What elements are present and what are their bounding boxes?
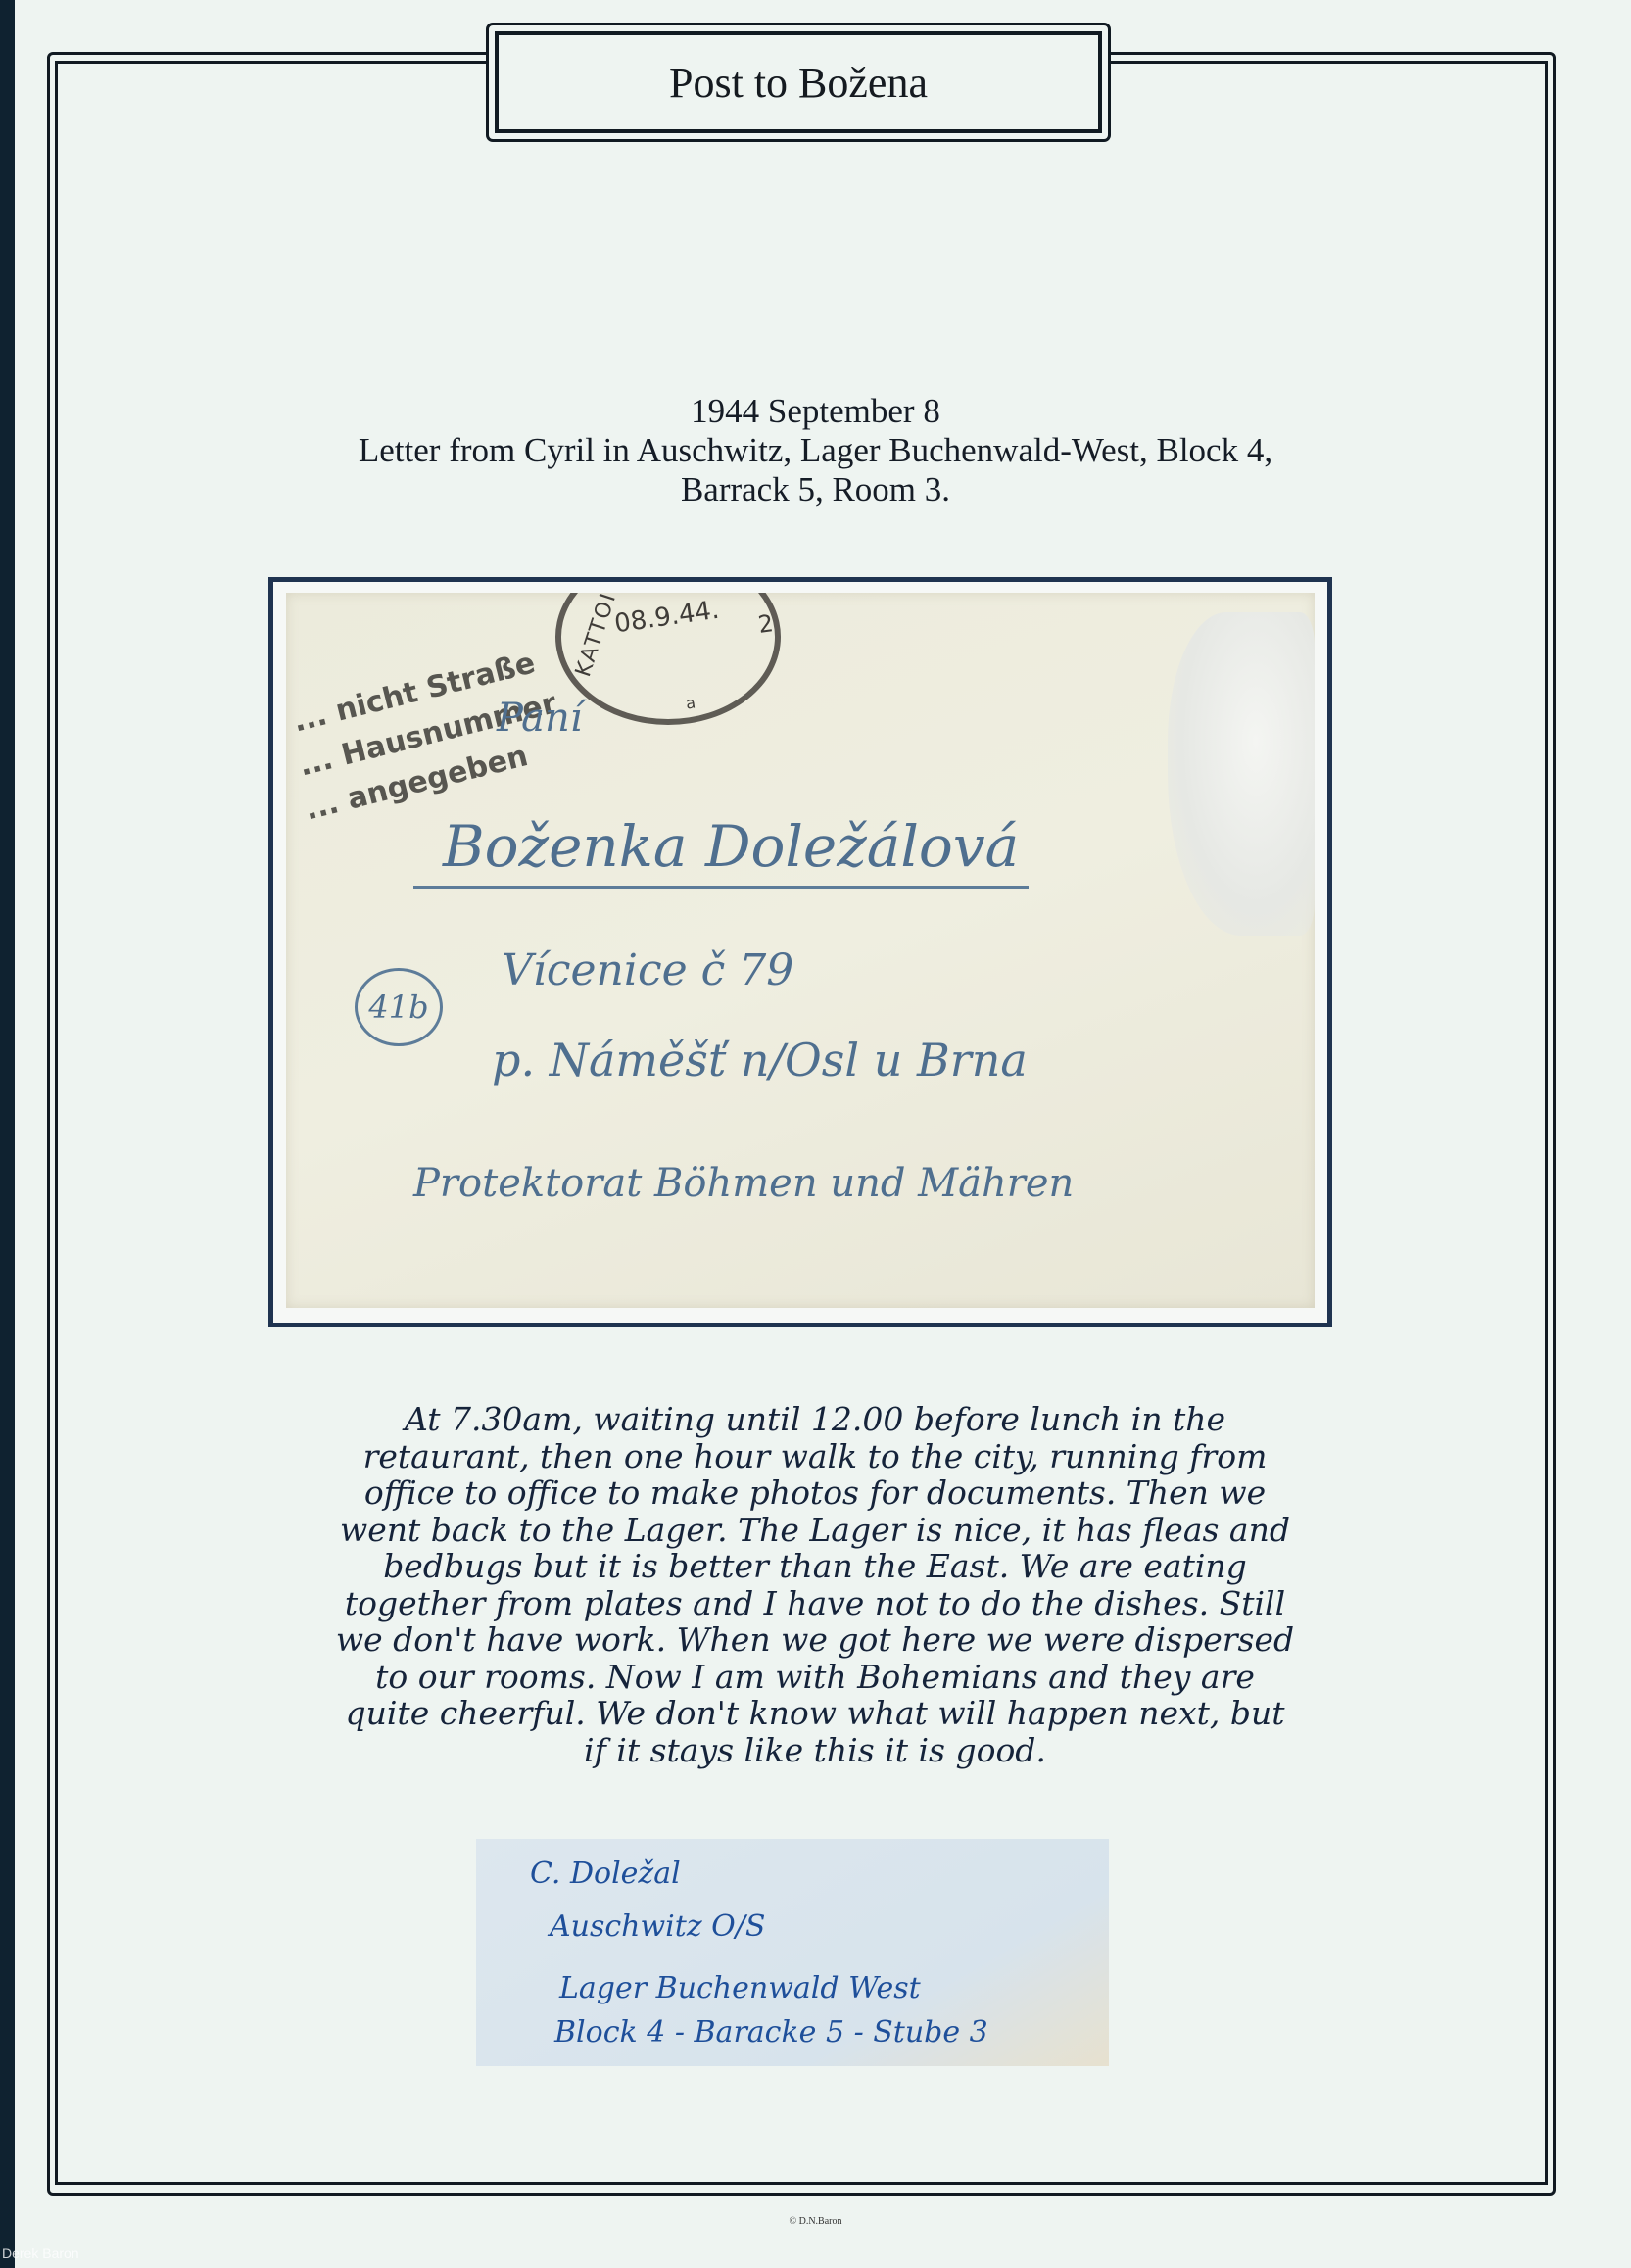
transcript-line: bedbugs but it is better than the East. …	[257, 1548, 1373, 1585]
caption: 1944 September 8 Letter from Cyril in Au…	[235, 392, 1396, 509]
envelope-front-image: ... nicht Straße ... Hausnummer ... ange…	[286, 593, 1315, 1308]
caption-line: Letter from Cyril in Auschwitz, Lager Bu…	[235, 431, 1396, 470]
watermark: Derek Baron	[2, 2245, 79, 2261]
transcript-line: together from plates and I have not to d…	[257, 1585, 1373, 1622]
handwritten-salutation: Paní	[497, 696, 583, 741]
page-title: Post to Božena	[669, 58, 928, 108]
transcript-line: quite cheerful. We don't know what will …	[257, 1695, 1373, 1732]
transcript-line: went back to the Lager. The Lager is nic…	[257, 1512, 1373, 1549]
envelope-back-image: C. Doležal Auschwitz O/S Lager Buchenwal…	[476, 1839, 1109, 2066]
caption-line: Barrack 5, Room 3.	[235, 470, 1396, 509]
title-box-inner: Post to Božena	[495, 31, 1102, 133]
transcript-line: office to office to make photos for docu…	[257, 1474, 1373, 1512]
caption-date: 1944 September 8	[235, 392, 1396, 431]
circled-mark: 41b	[355, 968, 443, 1046]
transcript-line: we don't have work. When we got here we …	[257, 1621, 1373, 1659]
handwritten-town: p. Náměšť n/Osl u Brna	[492, 1034, 1028, 1086]
transcript-line: if it stays like this it is good.	[257, 1732, 1373, 1769]
transcript-line: to our rooms. Now I am with Bohemians an…	[257, 1659, 1373, 1696]
scan-edge-strip	[0, 0, 15, 2268]
sender-line: Lager Buchenwald West	[559, 1971, 921, 2005]
transcript-line: At 7.30am, waiting until 12.00 before lu…	[257, 1401, 1373, 1438]
sender-line: Auschwitz O/S	[550, 1909, 765, 1944]
sender-line: Block 4 - Baracke 5 - Stube 3	[554, 2015, 988, 2050]
sender-line: C. Doležal	[530, 1857, 681, 1891]
envelope-stain	[1168, 612, 1315, 936]
handwritten-street: Vícenice č 79	[502, 945, 793, 995]
circled-mark-text: 41b	[368, 989, 428, 1026]
handwritten-recipient-name: Boženka Doležálová	[413, 813, 1029, 889]
handwritten-country: Protektorat Böhmen und Mähren	[413, 1161, 1074, 1206]
copyright: © D.N.Baron	[0, 2216, 1631, 2227]
transcript-line: retaurant, then one hour walk to the cit…	[257, 1438, 1373, 1475]
letter-transcript: At 7.30am, waiting until 12.00 before lu…	[257, 1401, 1373, 1768]
